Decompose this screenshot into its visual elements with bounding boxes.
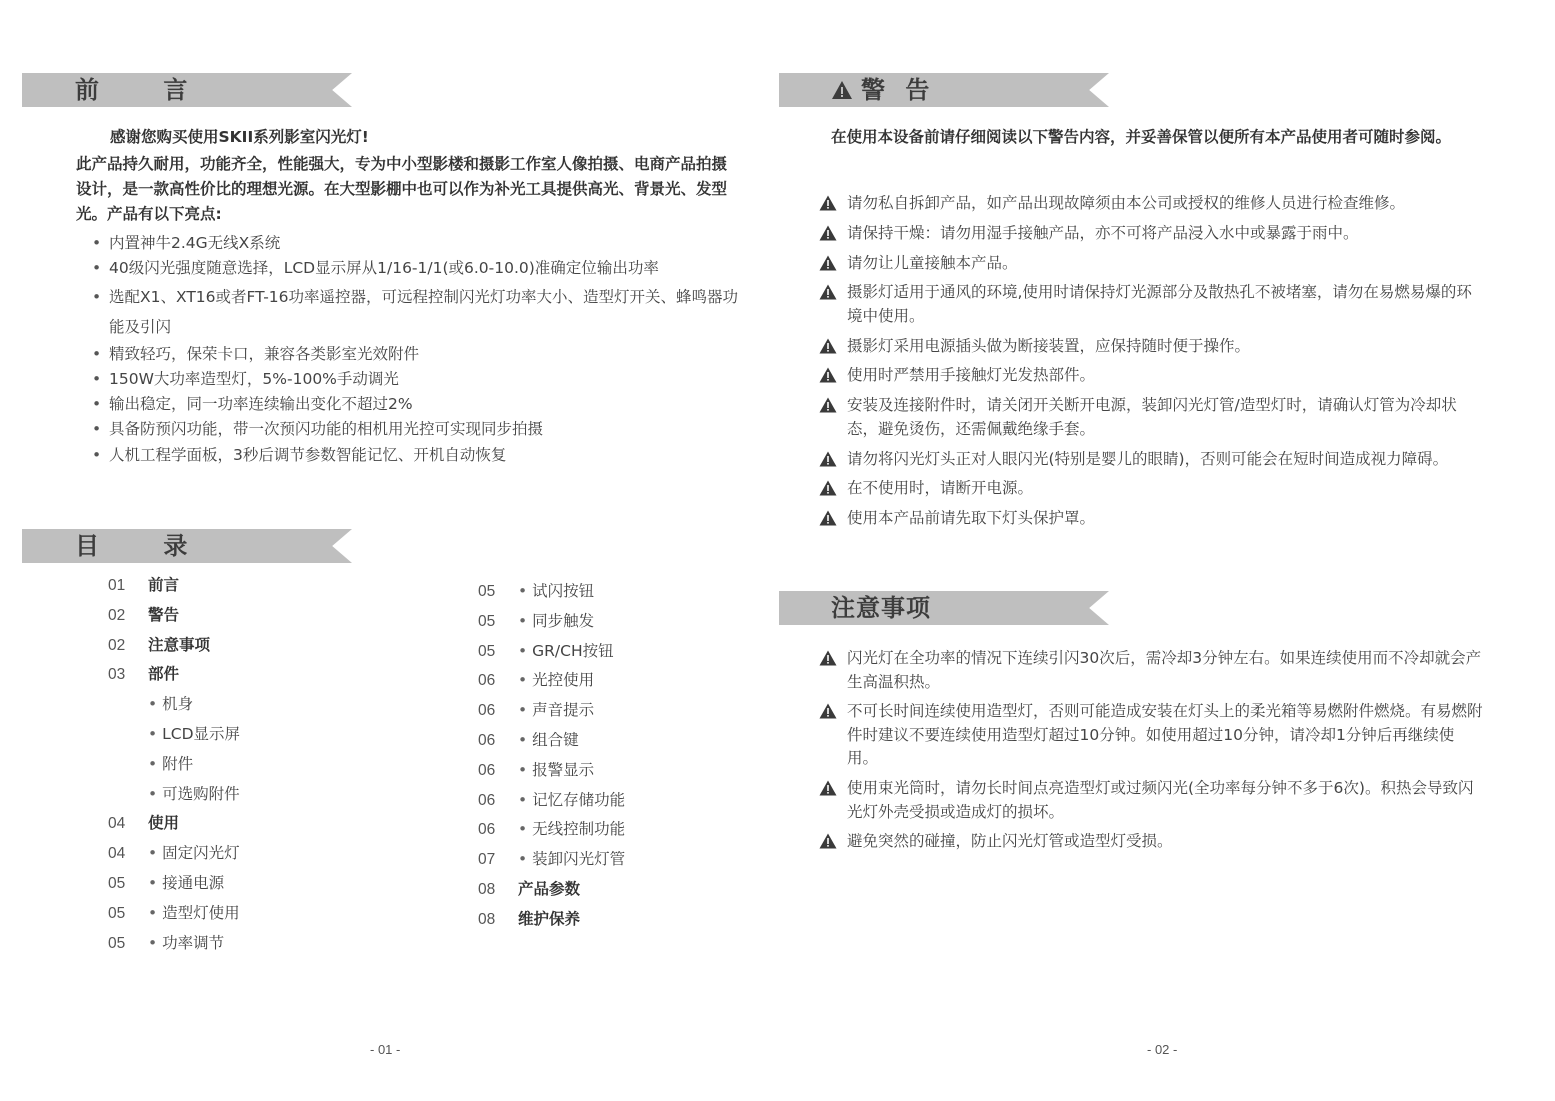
foreword-intro: 此产品持久耐用，功能齐全，性能强大，专为中小型影楼和摄影工作室人像拍摄、电商产品… <box>76 152 736 227</box>
warning-item: 闪光灯在全功率的情况下连续引闪30次后，需冷却3分钟左右。如果连续使用而不冷却就… <box>819 647 1484 694</box>
toc-page-number: 05 <box>108 869 148 899</box>
toc-label: 部件 <box>148 665 179 683</box>
toc-label: 警告 <box>148 606 179 624</box>
toc-entry[interactable]: 06记忆存储功能 <box>478 786 625 816</box>
toc-page-number: 04 <box>108 839 148 869</box>
toc-label: 试闪按钮 <box>518 582 594 600</box>
warning-item: 在不使用时，请断开电源。 <box>819 477 1484 501</box>
toc-label: 注意事项 <box>148 636 210 654</box>
page-number: - 02 - <box>1147 1042 1177 1057</box>
toc-entry[interactable]: 05GR/CH按钮 <box>478 637 625 667</box>
warning-item: 请勿将闪光灯头正对人眼闪光(特别是婴儿的眼睛)，否则可能会在短时间造成视力障碍。 <box>819 448 1484 472</box>
toc-page-number: 06 <box>478 815 518 845</box>
warning-text: 使用本产品前请先取下灯头保护罩。 <box>847 509 1095 527</box>
warning-text: 请勿让儿童接触本产品。 <box>847 254 1018 272</box>
toc-label: 可选购附件 <box>148 785 240 803</box>
toc-entry[interactable]: 01前言 <box>108 571 240 601</box>
warning-item: 请保持干燥：请勿用湿手接触产品，亦不可将产品浸入水中或暴露于雨中。 <box>819 222 1484 246</box>
warning-triangle-icon <box>819 510 837 526</box>
feature-item: 40级闪光强度随意选择，LCD显示屏从1/16-1/1(或6.0-10.0)准确… <box>90 256 740 281</box>
toc-label: GR/CH按钮 <box>518 642 614 660</box>
toc-entry[interactable]: LCD显示屏 <box>108 720 240 750</box>
notes-list: 闪光灯在全功率的情况下连续引闪30次后，需冷却3分钟左右。如果连续使用而不冷却就… <box>819 647 1484 860</box>
warning-text: 不可长时间连续使用造型灯，否则可能造成安装在灯头上的柔光箱等易燃附件燃烧。有易燃… <box>847 702 1483 767</box>
toc-entry[interactable]: 05试闪按钮 <box>478 577 625 607</box>
toc-label: 光控使用 <box>518 671 594 689</box>
warning-triangle-icon <box>819 480 837 496</box>
warning-triangle-icon <box>819 397 837 413</box>
page-number: - 01 - <box>370 1042 400 1057</box>
warning-triangle-icon <box>819 284 837 300</box>
warning-item: 使用本产品前请先取下灯头保护罩。 <box>819 507 1484 531</box>
toc-page-number: 07 <box>478 845 518 875</box>
warning-triangle-icon <box>819 367 837 383</box>
notes-banner <box>779 591 1109 625</box>
toc-label: 接通电源 <box>148 874 224 892</box>
toc-page-number: 06 <box>478 726 518 756</box>
toc-label: 同步触发 <box>518 612 594 630</box>
warning-triangle-icon <box>819 338 837 354</box>
toc-entry[interactable]: 06组合键 <box>478 726 625 756</box>
warning-text: 请保持干燥：请勿用湿手接触产品，亦不可将产品浸入水中或暴露于雨中。 <box>847 224 1359 242</box>
warning-item: 避免突然的碰撞，防止闪光灯管或造型灯受损。 <box>819 830 1484 854</box>
toc-label: 无线控制功能 <box>518 820 625 838</box>
toc-page-number: 03 <box>108 660 148 690</box>
toc-title: 目 录 <box>75 528 215 564</box>
toc-page-number: 06 <box>478 696 518 726</box>
warning-item: 摄影灯适用于通风的环境,使用时请保持灯光源部分及散热孔不被堵塞，请勿在易燃易爆的… <box>819 281 1484 328</box>
toc-label: 组合键 <box>518 731 579 749</box>
feature-item: 选配X1、XT16或者FT-16功率遥控器，可远程控制闪光灯功率大小、造型灯开关… <box>90 282 740 342</box>
warning-triangle-icon <box>819 225 837 241</box>
warning-text: 使用束光筒时，请勿长时间点亮造型灯或过频闪光(全功率每分钟不多于6次)。积热会导… <box>847 779 1473 821</box>
warning-item: 请勿让儿童接触本产品。 <box>819 252 1484 276</box>
foreword-title: 前 言 <box>75 72 215 108</box>
toc-entry[interactable]: 05接通电源 <box>108 869 240 899</box>
warning-text: 避免突然的碰撞，防止闪光灯管或造型灯受损。 <box>847 832 1173 850</box>
warning-list: 请勿私自拆卸产品，如产品出现故障须由本公司或授权的维修人员进行检查维修。请保持干… <box>819 192 1484 537</box>
page-right: 警 告 在使用本设备前请仔细阅读以下警告内容，并妥善保管以便所有本产品使用者可随… <box>777 0 1555 1101</box>
toc-entry[interactable]: 可选购附件 <box>108 780 240 810</box>
warning-text: 使用时严禁用手接触灯光发热部件。 <box>847 366 1095 384</box>
toc-page-number: 04 <box>108 809 148 839</box>
toc-label: LCD显示屏 <box>148 725 240 743</box>
toc-entry[interactable]: 07装卸闪光灯管 <box>478 845 625 875</box>
toc-label: 前言 <box>148 576 179 594</box>
warning-text: 请勿私自拆卸产品，如产品出现故障须由本公司或授权的维修人员进行检查维修。 <box>847 194 1405 212</box>
feature-item: 人机工程学面板，3秒后调节参数智能记忆、开机自动恢复 <box>90 443 740 468</box>
toc-entry[interactable]: 机身 <box>108 690 240 720</box>
toc-label: 维护保养 <box>518 910 580 928</box>
warning-text: 安装及连接附件时，请关闭开关断开电源，装卸闪光灯管/造型灯时，请确认灯管为冷却状… <box>847 396 1457 438</box>
notes-title: 注意事项 <box>831 590 931 626</box>
warning-intro: 在使用本设备前请仔细阅读以下警告内容，并妥善保管以便所有本产品使用者可随时参阅。 <box>831 125 1491 149</box>
feature-item: 150W大功率造型灯，5%-100%手动调光 <box>90 367 740 392</box>
warning-item: 使用时严禁用手接触灯光发热部件。 <box>819 364 1484 388</box>
toc-page-number: 01 <box>108 571 148 601</box>
toc-entry[interactable]: 02警告 <box>108 601 240 631</box>
feature-item: 精致轻巧，保荣卡口，兼容各类影室光效附件 <box>90 342 740 367</box>
toc-entry[interactable]: 08维护保养 <box>478 905 625 935</box>
toc-entry[interactable]: 06声音提示 <box>478 696 625 726</box>
toc-page-number: 06 <box>478 786 518 816</box>
toc-entry[interactable]: 05功率调节 <box>108 929 240 959</box>
toc-entry[interactable]: 附件 <box>108 750 240 780</box>
warning-title: 警 告 <box>861 72 935 108</box>
warning-item: 使用束光筒时，请勿长时间点亮造型灯或过频闪光(全功率每分钟不多于6次)。积热会导… <box>819 777 1484 824</box>
toc-page-number: 05 <box>108 929 148 959</box>
warning-text: 闪光灯在全功率的情况下连续引闪30次后，需冷却3分钟左右。如果连续使用而不冷却就… <box>847 649 1481 691</box>
warning-triangle-icon <box>819 650 837 666</box>
toc-page-number: 06 <box>478 666 518 696</box>
warning-text: 在不使用时，请断开电源。 <box>847 479 1033 497</box>
warning-triangle-icon <box>831 80 853 100</box>
toc-label: 附件 <box>148 755 193 773</box>
toc-label: 使用 <box>148 814 179 832</box>
warning-text: 请勿将闪光灯头正对人眼闪光(特别是婴儿的眼睛)，否则可能会在短时间造成视力障碍。 <box>847 450 1448 468</box>
toc-page-number: 05 <box>478 637 518 667</box>
feature-list: 内置神牛2.4G无线X系统 40级闪光强度随意选择，LCD显示屏从1/16-1/… <box>90 231 740 468</box>
warning-text: 摄影灯采用电源插头做为断接装置，应保持随时便于操作。 <box>847 337 1250 355</box>
toc-page-number: 02 <box>108 601 148 631</box>
warning-item: 不可长时间连续使用造型灯，否则可能造成安装在灯头上的柔光箱等易燃附件燃烧。有易燃… <box>819 700 1484 771</box>
toc-page-number: 08 <box>478 875 518 905</box>
warning-triangle-icon <box>819 451 837 467</box>
warning-item: 安装及连接附件时，请关闭开关断开电源，装卸闪光灯管/造型灯时，请确认灯管为冷却状… <box>819 394 1484 441</box>
warning-triangle-icon <box>819 780 837 796</box>
toc-page-number: 08 <box>478 905 518 935</box>
toc-entry[interactable]: 08产品参数 <box>478 875 625 905</box>
page-left: 前 言 感谢您购买使用SKII系列影室闪光灯! 此产品持久耐用，功能齐全，性能强… <box>0 0 777 1101</box>
toc-label: 装卸闪光灯管 <box>518 850 625 868</box>
feature-item: 具备防预闪功能，带一次预闪功能的相机用光控可实现同步拍摄 <box>90 417 740 442</box>
toc-entry[interactable]: 02注意事项 <box>108 631 240 661</box>
feature-item: 内置神牛2.4G无线X系统 <box>90 231 740 256</box>
toc-entry[interactable]: 04固定闪光灯 <box>108 839 240 869</box>
toc-column-1: 01前言02警告02注意事项03部件机身LCD显示屏附件可选购附件04使用04固… <box>108 571 240 958</box>
toc-label: 产品参数 <box>518 880 580 898</box>
toc-page-number: 06 <box>478 756 518 786</box>
toc-label: 功率调节 <box>148 934 224 952</box>
toc-page-number: 02 <box>108 631 148 661</box>
warning-item: 摄影灯采用电源插头做为断接装置，应保持随时便于操作。 <box>819 335 1484 359</box>
toc-entry[interactable]: 05造型灯使用 <box>108 899 240 929</box>
feature-item: 输出稳定，同一功率连续输出变化不超过2% <box>90 392 740 417</box>
toc-entry[interactable]: 06报警显示 <box>478 756 625 786</box>
toc-entry[interactable]: 04使用 <box>108 809 240 839</box>
toc-label: 报警显示 <box>518 761 594 779</box>
toc-page-number: 05 <box>478 607 518 637</box>
toc-label: 造型灯使用 <box>148 904 240 922</box>
warning-item: 请勿私自拆卸产品，如产品出现故障须由本公司或授权的维修人员进行检查维修。 <box>819 192 1484 216</box>
toc-page-number: 05 <box>108 899 148 929</box>
toc-entry[interactable]: 03部件 <box>108 660 240 690</box>
warning-banner <box>779 73 1109 107</box>
warning-triangle-icon <box>819 255 837 271</box>
toc-label: 机身 <box>148 695 193 713</box>
toc-column-2: 05试闪按钮05同步触发05GR/CH按钮06光控使用06声音提示06组合键06… <box>478 577 625 935</box>
warning-triangle-icon <box>819 703 837 719</box>
toc-label: 固定闪光灯 <box>148 844 240 862</box>
warning-triangle-icon <box>819 833 837 849</box>
toc-entry[interactable]: 06无线控制功能 <box>478 815 625 845</box>
toc-page-number: 05 <box>478 577 518 607</box>
foreword-thanks: 感谢您购买使用SKII系列影室闪光灯! <box>110 125 369 147</box>
warning-text: 摄影灯适用于通风的环境,使用时请保持灯光源部分及散热孔不被堵塞，请勿在易燃易爆的… <box>847 283 1472 325</box>
toc-label: 记忆存储功能 <box>518 791 625 809</box>
toc-label: 声音提示 <box>518 701 594 719</box>
toc-entry[interactable]: 06光控使用 <box>478 666 625 696</box>
warning-triangle-icon <box>819 195 837 211</box>
toc-entry[interactable]: 05同步触发 <box>478 607 625 637</box>
